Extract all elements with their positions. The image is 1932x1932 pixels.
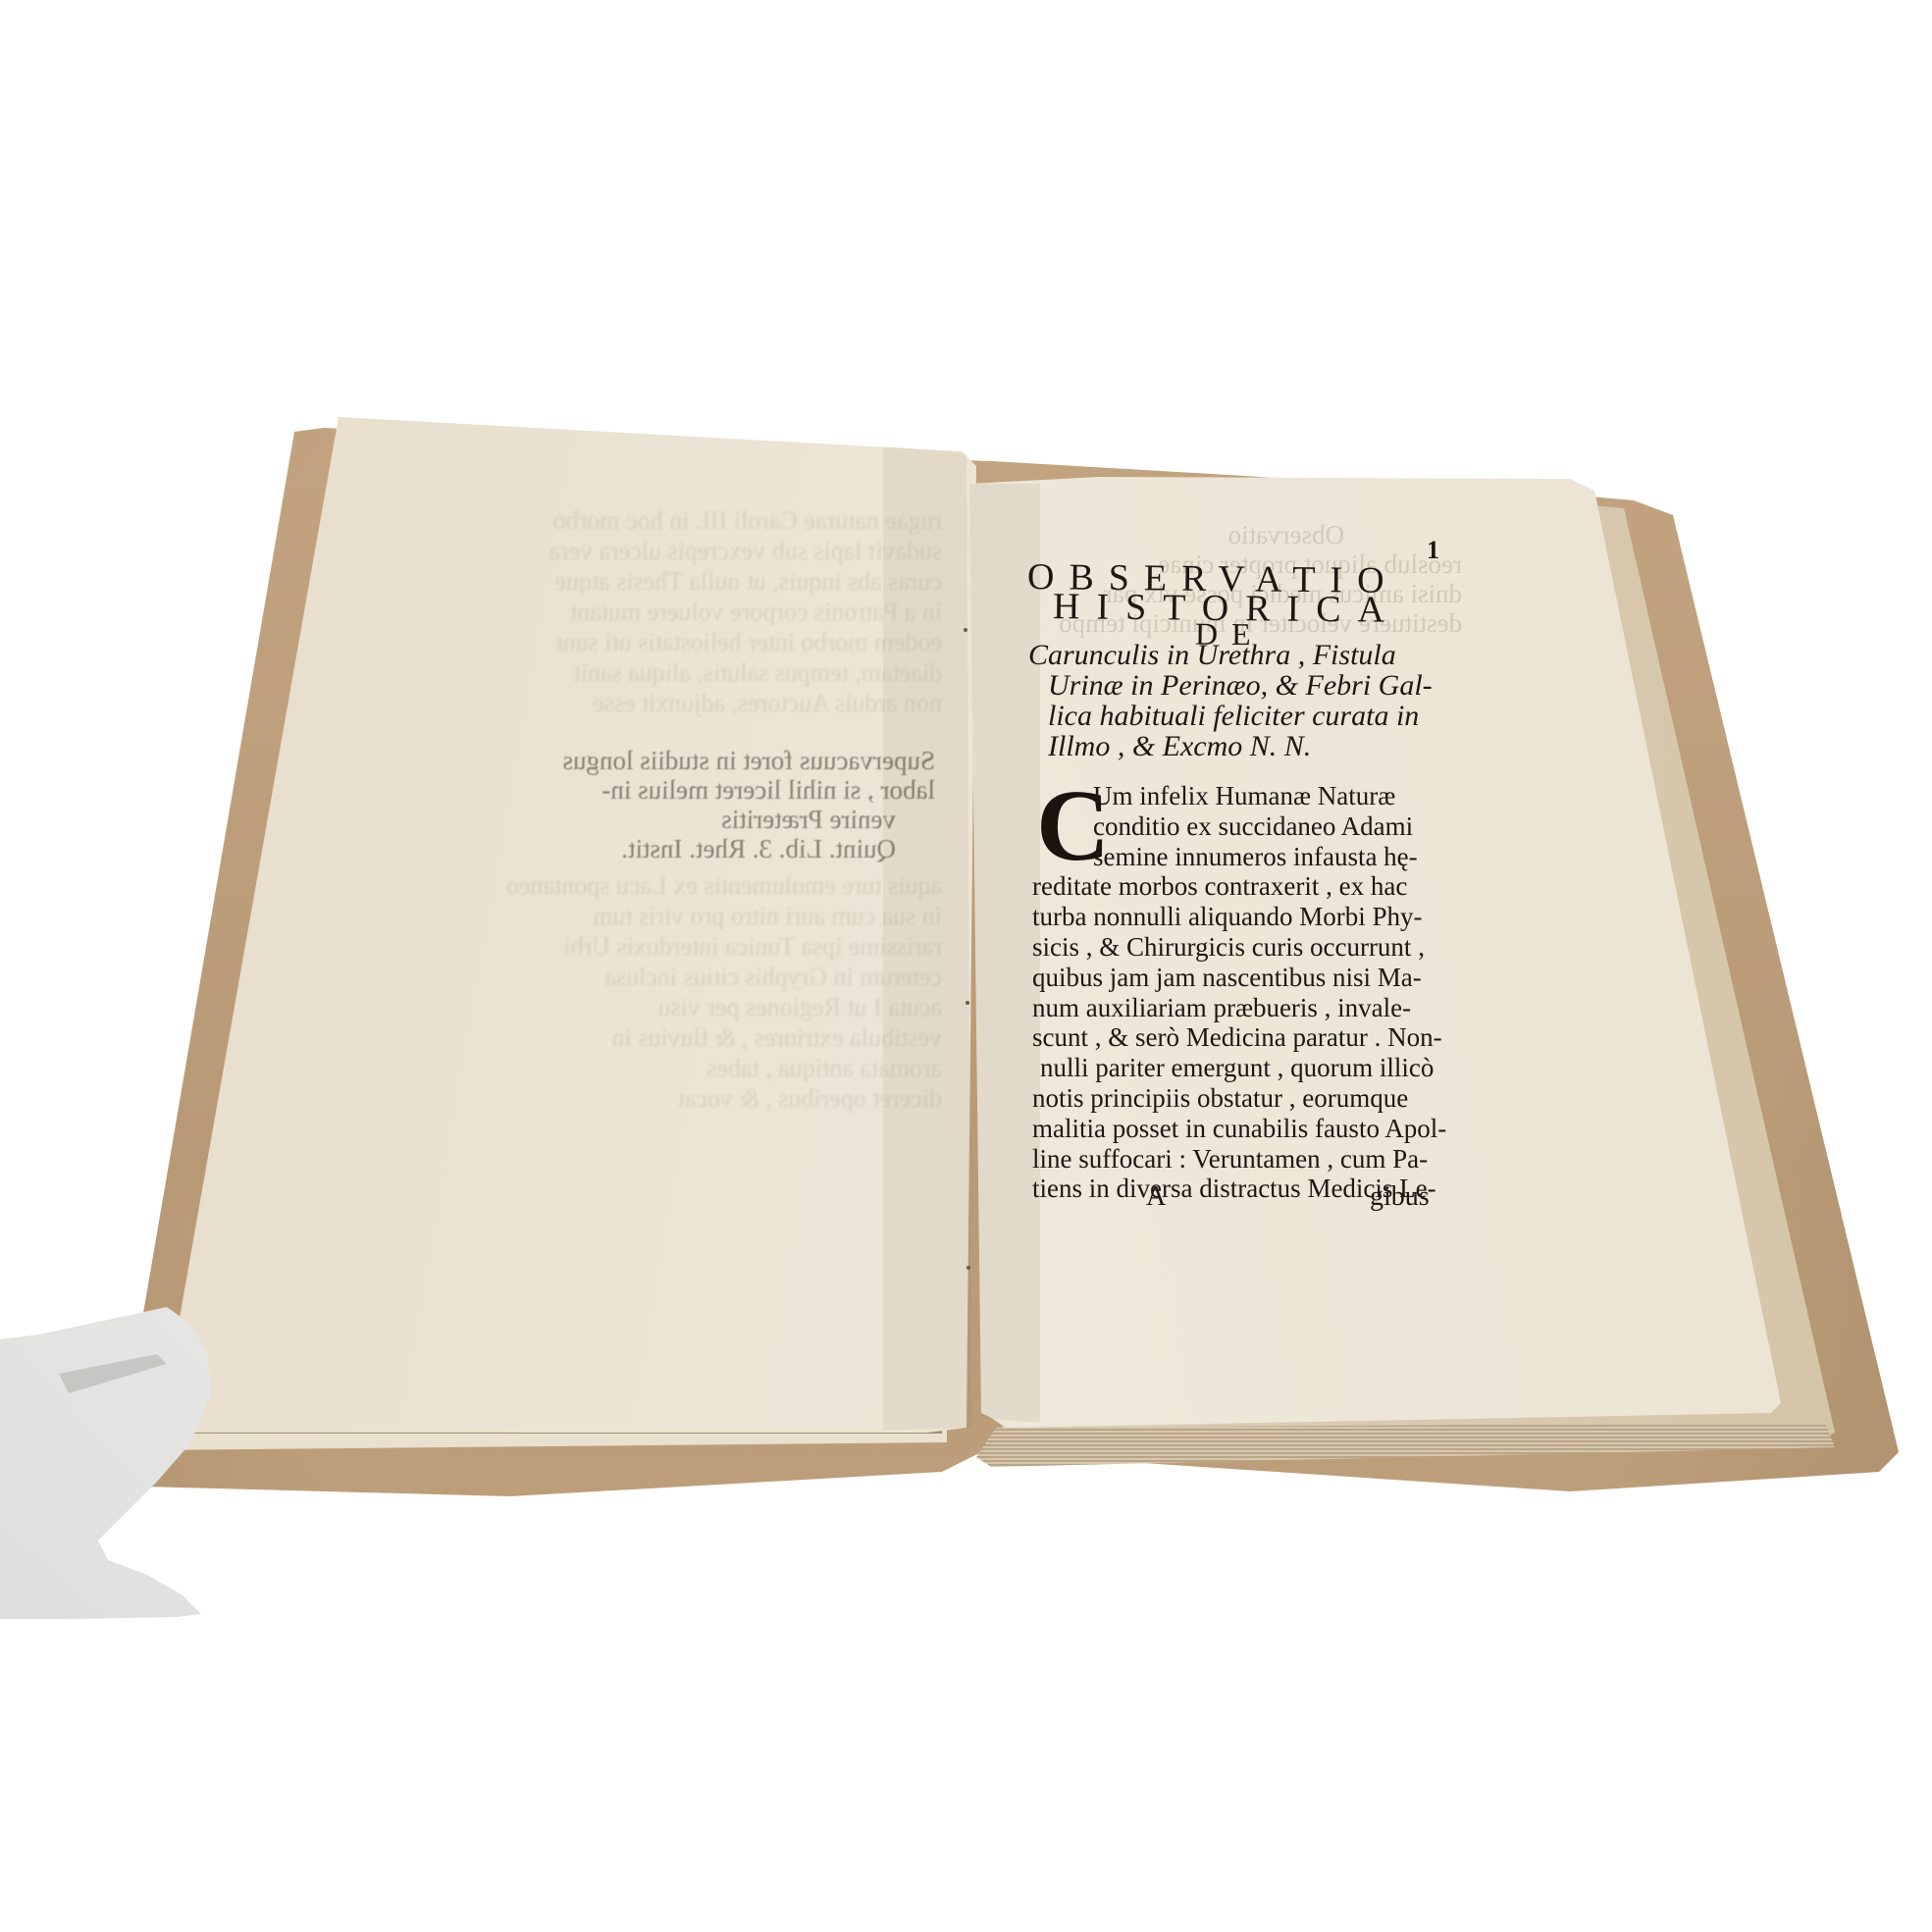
body-line: nulli pariter emergunt , quorum illicò xyxy=(1032,1053,1474,1083)
stitch-hole xyxy=(964,628,967,632)
body-line: quibus jam jam nascentibus nisi Ma- xyxy=(1032,963,1474,993)
quote-line: Quint. Lib. 3. Rhet. Instit. xyxy=(440,834,935,863)
quote-line: labor , si nihil liceret melius in- xyxy=(440,775,935,805)
quote-line: Supervacuus foret in studiis longus xyxy=(440,746,935,775)
signature-mark: A xyxy=(1146,1181,1166,1213)
body-text: Um infelix Humanæ Naturæ conditio ex suc… xyxy=(1032,781,1474,1204)
subtitle-line: Urinæ in Perinæo, & Febri Gal- xyxy=(1028,670,1460,701)
subtitle-line: lica habituali feliciter curata in xyxy=(1028,701,1460,731)
body-line: notis principiis obstatur , eorumque xyxy=(1032,1083,1474,1114)
quote-line: venire Præteritis xyxy=(440,805,935,834)
subtitle-line: Illmo , & Excmo N. N. xyxy=(1028,731,1460,761)
stitch-hole xyxy=(966,1001,969,1005)
left-page-show-through-quote: Supervacuus foret in studiis longus labo… xyxy=(440,746,935,863)
body-line: sicis , & Chirurgicis curis occurrunt , xyxy=(1032,932,1474,963)
subtitle-block: Carunculis in Urethra , Fistula Urinæ in… xyxy=(1028,640,1460,761)
body-line: Um infelix Humanæ Naturæ xyxy=(1032,781,1474,811)
body-line: malitia posset in cunabilis fausto Apol- xyxy=(1032,1114,1474,1144)
body-line: semine innumeros infausta hę- xyxy=(1032,842,1474,872)
body-line: turba nonnulli aliquando Morbi Phy- xyxy=(1032,902,1474,932)
body-line: line suffocari : Veruntamen , cum Pa- xyxy=(1032,1144,1474,1175)
page-number: 1 xyxy=(1427,536,1439,565)
catchword: gibus xyxy=(1370,1181,1430,1213)
body-line: conditio ex succidaneo Adami xyxy=(1032,811,1474,842)
subtitle-line: Carunculis in Urethra , Fistula xyxy=(1028,640,1460,670)
stitch-hole xyxy=(966,1266,970,1270)
body-line: num auxiliariam præbueris , invale- xyxy=(1032,993,1474,1023)
body-line: reditate morbos contraxerit , ex hac xyxy=(1032,871,1474,902)
book-photo: rugae naturae Caroli III. in hoc morbo s… xyxy=(0,0,1932,1932)
body-line: scunt , & serò Medicina paratur . Non- xyxy=(1032,1022,1474,1053)
